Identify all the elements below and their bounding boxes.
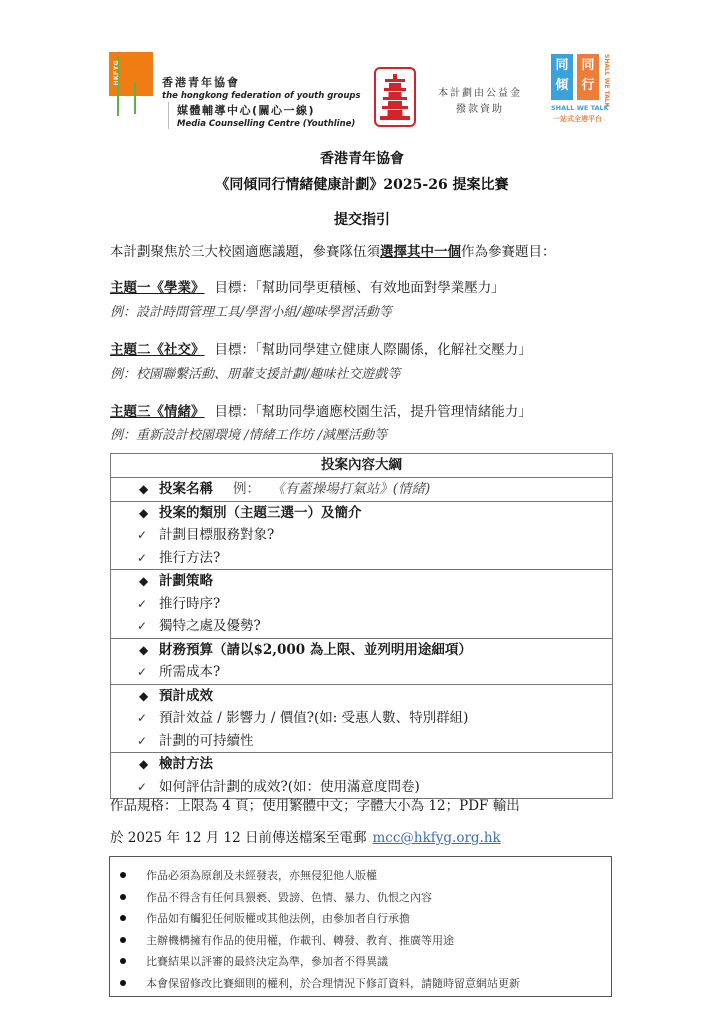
swt-char: 傾 <box>551 76 573 96</box>
check-icon: ✓ <box>137 593 159 616</box>
section-title: 計劃策略 <box>159 573 213 589</box>
swt-english-text: SHALL WE TALK <box>551 104 609 112</box>
bullet-icon <box>120 937 126 943</box>
outline-section-category: ◆投案的類別（主題三選一）及簡介 ✓計劃目標服務對象? ✓推行方法? <box>111 501 612 570</box>
item-text: 計劃的可持續性 <box>159 733 254 749</box>
checklist-item: ✓預計效益 / 影響力 / 價值?(如: 受惠人數、特別群組) <box>139 707 612 730</box>
section-title: 投案的類別（主題三選一）及簡介 <box>159 505 362 521</box>
rule-text: 作品必須為原創及未經發表，亦無侵犯他人版權 <box>146 869 377 882</box>
pagoda-tier <box>384 88 406 91</box>
diamond-bullet-icon: ◆ <box>139 570 159 593</box>
checklist-item: ✓推行時序? <box>139 593 612 616</box>
email-link[interactable]: mcc@hkfyg.org.hk <box>372 830 500 846</box>
check-icon: ✓ <box>137 707 159 730</box>
theme-1-example: 例：設計時間管理工具/學習小組/趣味學習活動等 <box>110 301 392 320</box>
swt-char: 同 <box>551 56 573 76</box>
diamond-bullet-icon: ◆ <box>139 753 159 776</box>
theme-2-example: 例：校園聯繫活動、朋輩支援計劃/趣味社交遊戲等 <box>110 363 400 382</box>
rule-text: 本會保留修改比賽細則的權利，於合理情況下修訂資料，請隨時留意網站更新 <box>146 977 520 990</box>
competition-title: 《同傾同行情緒健康計劃》2025-26 提案比賽 <box>0 174 724 194</box>
bullet-icon <box>120 915 126 921</box>
item-text: 預計效益 / 影響力 / 價值?(如: 受惠人數、特別群組) <box>159 710 468 726</box>
item-text: 推行時序? <box>159 596 220 612</box>
funding-statement: 本計劃由公益金 撥款資助 <box>428 86 532 118</box>
rule-text: 作品不得含有任何具猥褻、毀謗、色情、暴力、仇恨之內容 <box>146 891 432 904</box>
outline-section-budget: ◆財務預算（請以$2,000 為上限、並列明用途細項） ✓所需成本? <box>111 638 612 684</box>
section-title-line: ◆財務預算（請以$2,000 為上限、並列明用途細項） <box>139 639 612 662</box>
section-title: 預計成效 <box>159 688 213 704</box>
pagoda-base <box>380 116 410 120</box>
diamond-bullet-icon: ◆ <box>139 639 159 662</box>
theme-3: 主題三《情緒》目標：「幫助同學適應校園生活，提升管理情緒能力」 <box>110 400 532 420</box>
theme-heading: 主題三《情緒》 <box>110 404 205 420</box>
section-title-line: ◆檢討方法 <box>139 753 612 776</box>
rule-item: 作品不得含有任何具猥褻、毀謗、色情、暴力、仇恨之內容 <box>110 887 611 909</box>
org-name-cn: 香港青年協會 <box>162 74 361 90</box>
section-title: 財務預算（請以$2,000 為上限、並列明用途細項） <box>159 642 472 658</box>
org-title: 香港青年協會 <box>0 148 724 168</box>
funding-line-2: 撥款資助 <box>428 102 532 118</box>
intro-text: 本計劃聚焦於三大校園適應議題，參賽隊伍須 <box>110 244 380 260</box>
theme-heading: 主題二《社交》 <box>110 342 205 358</box>
theme-goal: 目標：「幫助同學更積極、有效地面對學業壓力」 <box>215 280 505 296</box>
proposal-outline-table: 投案內容大綱 ◆投案名稱例：《有蓋操場打氣站》(情緒) ◆投案的類別（主題三選一… <box>110 453 613 799</box>
org-name-block: 香港青年協會 the hongkong federation of youth … <box>162 74 361 101</box>
diamond-bullet-icon: ◆ <box>139 478 159 501</box>
plant-stem-icon <box>134 82 136 114</box>
section-title: 投案名稱 <box>159 481 213 497</box>
swt-subtitle: 一站式全港平台 <box>553 114 602 124</box>
shall-we-talk-logo: 同 傾 同 行 SHALL WE TALK SHALL WE TALK 一站式全… <box>551 54 615 130</box>
outline-section-strategy: ◆計劃策略 ✓推行時序? ✓獨特之處及優勢? <box>111 569 612 638</box>
bullet-icon <box>120 894 126 900</box>
checklist-item: ✓計劃的可持續性 <box>139 730 612 753</box>
section-title-line: ◆計劃策略 <box>139 570 612 593</box>
outline-section-name: ◆投案名稱例：《有蓋操場打氣站》(情緒) <box>111 477 612 501</box>
check-icon: ✓ <box>137 547 159 570</box>
section-title-line: ◆預計成效 <box>139 685 612 708</box>
check-icon: ✓ <box>137 615 159 638</box>
theme-2: 主題二《社交》目標：「幫助同學建立健康人際關係，化解社交壓力」 <box>110 338 532 358</box>
pagoda-tier <box>382 106 408 109</box>
bullet-icon <box>120 958 126 964</box>
checklist-item: ✓計劃目標服務對象? <box>139 524 612 547</box>
swt-char: 行 <box>577 76 599 96</box>
item-text: 獨特之處及優勢? <box>159 618 261 634</box>
rule-item: 本會保留修改比賽細則的權利，於合理情況下修訂資料，請隨時留意網站更新 <box>110 973 611 995</box>
rule-item: 作品必須為原創及未經發表，亦無侵犯他人版權 <box>110 865 611 887</box>
item-text: 如何評估計劃的成效?(如：使用滿意度問卷) <box>159 779 420 795</box>
outline-header: 投案內容大綱 <box>111 454 612 477</box>
swt-orange-block: 同 行 <box>577 54 599 100</box>
diamond-bullet-icon: ◆ <box>139 502 159 525</box>
theme-heading: 主題一《學業》 <box>110 280 205 296</box>
section-title: 檢討方法 <box>159 756 213 772</box>
example-label: 例： <box>233 481 260 497</box>
outline-section-evaluation: ◆檢討方法 ✓如何評估計劃的成效?(如：使用滿意度問卷) <box>111 752 612 798</box>
outline-section-outcomes: ◆預計成效 ✓預計效益 / 影響力 / 價值?(如: 受惠人數、特別群組) ✓計… <box>111 684 612 753</box>
example-value: 《有蓋操場打氣站》(情緒) <box>278 481 430 497</box>
section-title-line: ◆投案的類別（主題三選一）及簡介 <box>139 502 612 525</box>
section-title-line: ◆投案名稱例：《有蓋操場打氣站》(情緒) <box>139 478 612 501</box>
check-icon: ✓ <box>137 524 159 547</box>
hkfyg-logo: HKFYG <box>109 52 153 96</box>
funding-line-1: 本計劃由公益金 <box>428 86 532 102</box>
swt-char: 同 <box>577 56 599 76</box>
unit-name-en: Media Counselling Centre (Youthline) <box>177 119 355 129</box>
check-icon: ✓ <box>137 661 159 684</box>
rule-item: 作品如有觸犯任何版權或其他法例，由參加者自行承擔 <box>110 908 611 930</box>
rule-item: 比賽結果以評審的最終決定為準，參加者不得異議 <box>110 951 611 973</box>
diamond-bullet-icon: ◆ <box>139 685 159 708</box>
rule-text: 主辦機構擁有作品的使用權，作載刊、轉發、教育、推廣等用途 <box>146 934 454 947</box>
theme-goal: 目標：「幫助同學建立健康人際關係，化解社交壓力」 <box>215 342 532 358</box>
section-title: 提交指引 <box>0 209 724 229</box>
theme-3-example: 例：重新設計校園環境 /情緒工作坊 /減壓活動等 <box>110 424 387 443</box>
theme-1: 主題一《學業》目標：「幫助同學更積極、有效地面對學業壓力」 <box>110 276 505 296</box>
checklist-item: ✓所需成本? <box>139 661 612 684</box>
check-icon: ✓ <box>137 730 159 753</box>
rule-text: 作品如有觸犯任何版權或其他法例，由參加者自行承擔 <box>146 912 410 925</box>
deadline-line: 於 2025 年 12 月 12 日前傳送檔案至電郵mcc@hkfyg.org.… <box>110 826 501 846</box>
rule-item: 主辦機構擁有作品的使用權，作載刊、轉發、教育、推廣等用途 <box>110 930 611 952</box>
unit-name-cn: 媒體輔導中心(關心一線) <box>177 102 355 118</box>
unit-name-block: 媒體輔導中心(關心一線) Media Counselling Centre (Y… <box>168 102 355 129</box>
intro-emphasis: 選擇其中一個 <box>380 244 461 260</box>
checklist-item: ✓推行方法? <box>139 547 612 570</box>
theme-goal: 目標：「幫助同學適應校園生活，提升管理情緒能力」 <box>215 404 532 420</box>
org-name-en: the hongkong federation of youth groups <box>162 91 361 101</box>
item-text: 推行方法? <box>159 550 220 566</box>
pagoda-tier <box>383 97 407 100</box>
checklist-item: ✓獨特之處及優勢? <box>139 615 612 638</box>
pagoda-tier <box>385 79 405 82</box>
intro-text-end: 作為參賽題目： <box>461 244 556 260</box>
item-text: 所需成本? <box>159 664 220 680</box>
community-chest-logo <box>374 67 416 127</box>
swt-blue-block: 同 傾 <box>551 54 573 100</box>
swt-side-text: SHALL WE TALK <box>603 54 610 107</box>
rules-box: 作品必須為原創及未經發表，亦無侵犯他人版權 作品不得含有任何具猥褻、毀謗、色情、… <box>109 856 612 997</box>
bullet-icon <box>120 872 126 878</box>
submission-spec: 作品規格：上限為 4 頁；使用繁體中文；字體大小為 12；PDF 輸出 <box>110 794 520 814</box>
item-text: 計劃目標服務對象? <box>159 527 274 543</box>
intro-paragraph: 本計劃聚焦於三大校園適應議題，參賽隊伍須選擇其中一個作為參賽題目： <box>110 240 556 260</box>
rule-text: 比賽結果以評審的最終決定為準，參加者不得異議 <box>146 955 388 968</box>
hkfyg-logo-text: HKFYG <box>113 60 120 86</box>
deadline-text: 於 2025 年 12 月 12 日前傳送檔案至電郵 <box>110 830 366 846</box>
bullet-icon <box>120 980 126 986</box>
